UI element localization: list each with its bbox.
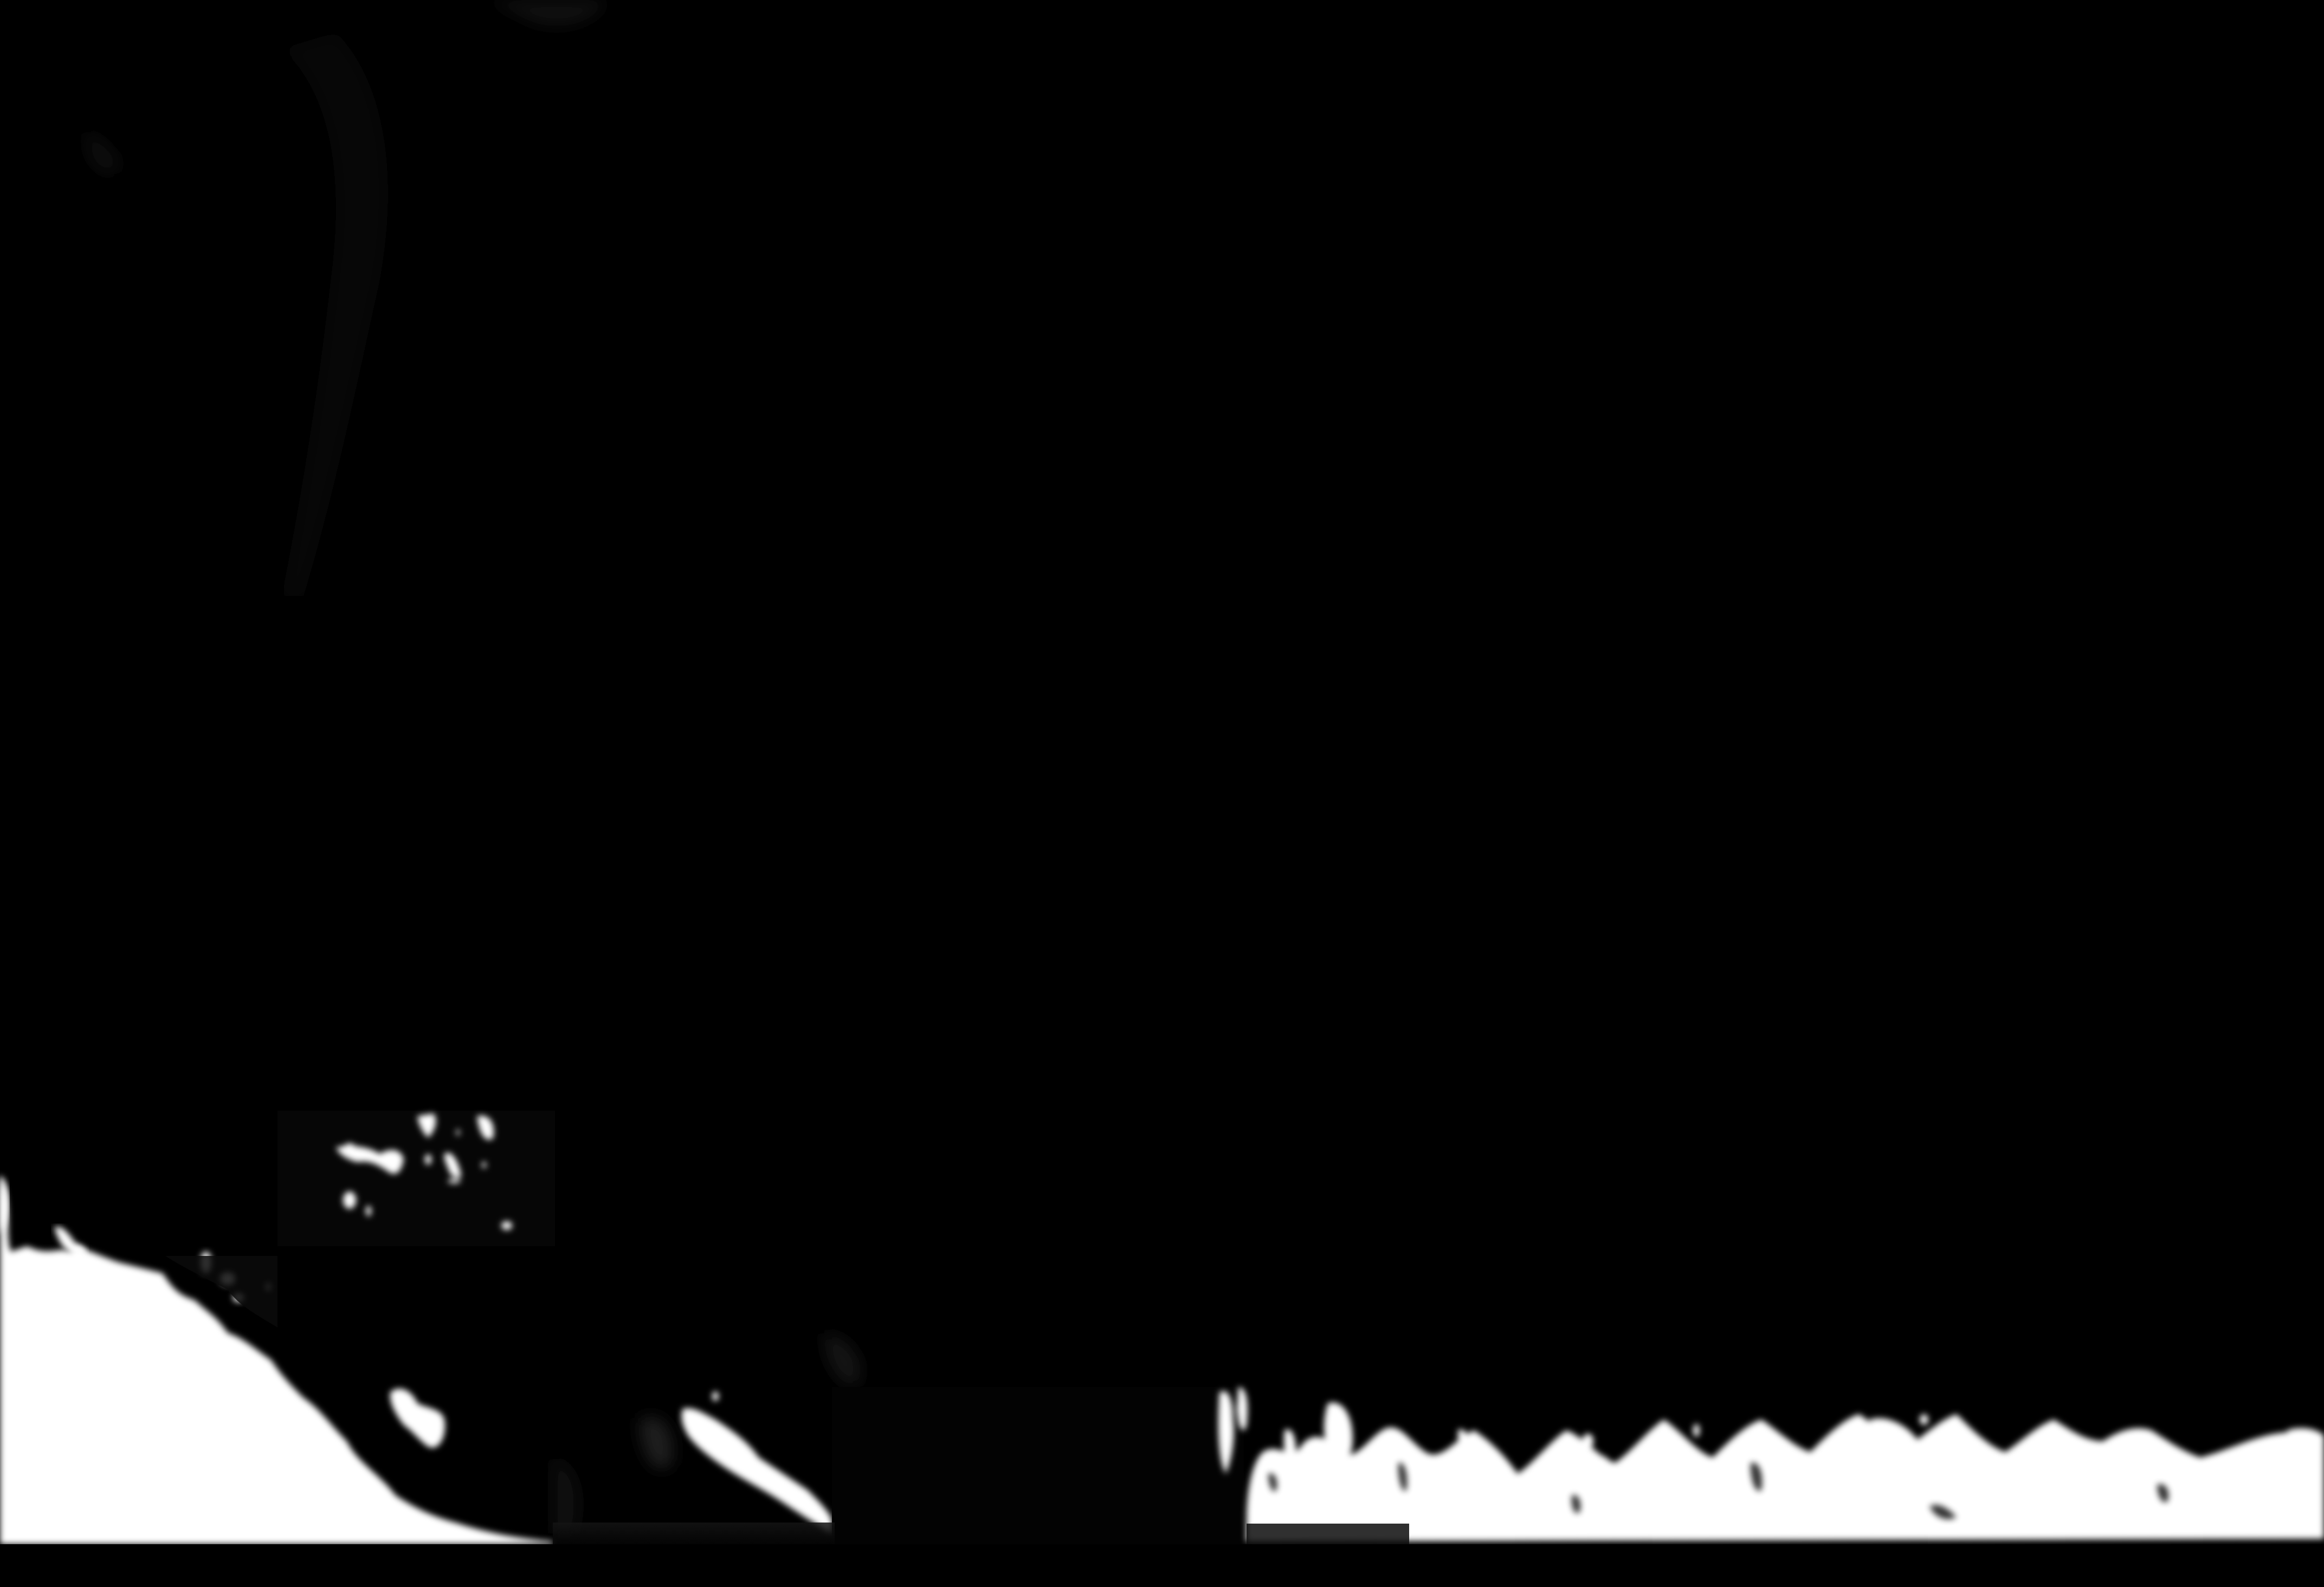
center-dark-tile bbox=[832, 1387, 1244, 1544]
mask-canvas bbox=[0, 0, 2324, 1587]
bottom-black-strip bbox=[0, 1544, 2324, 1587]
left-center-speckled-tile bbox=[277, 1111, 555, 1246]
mask-image: Predominantly black frame with bright wh… bbox=[0, 0, 2324, 1587]
